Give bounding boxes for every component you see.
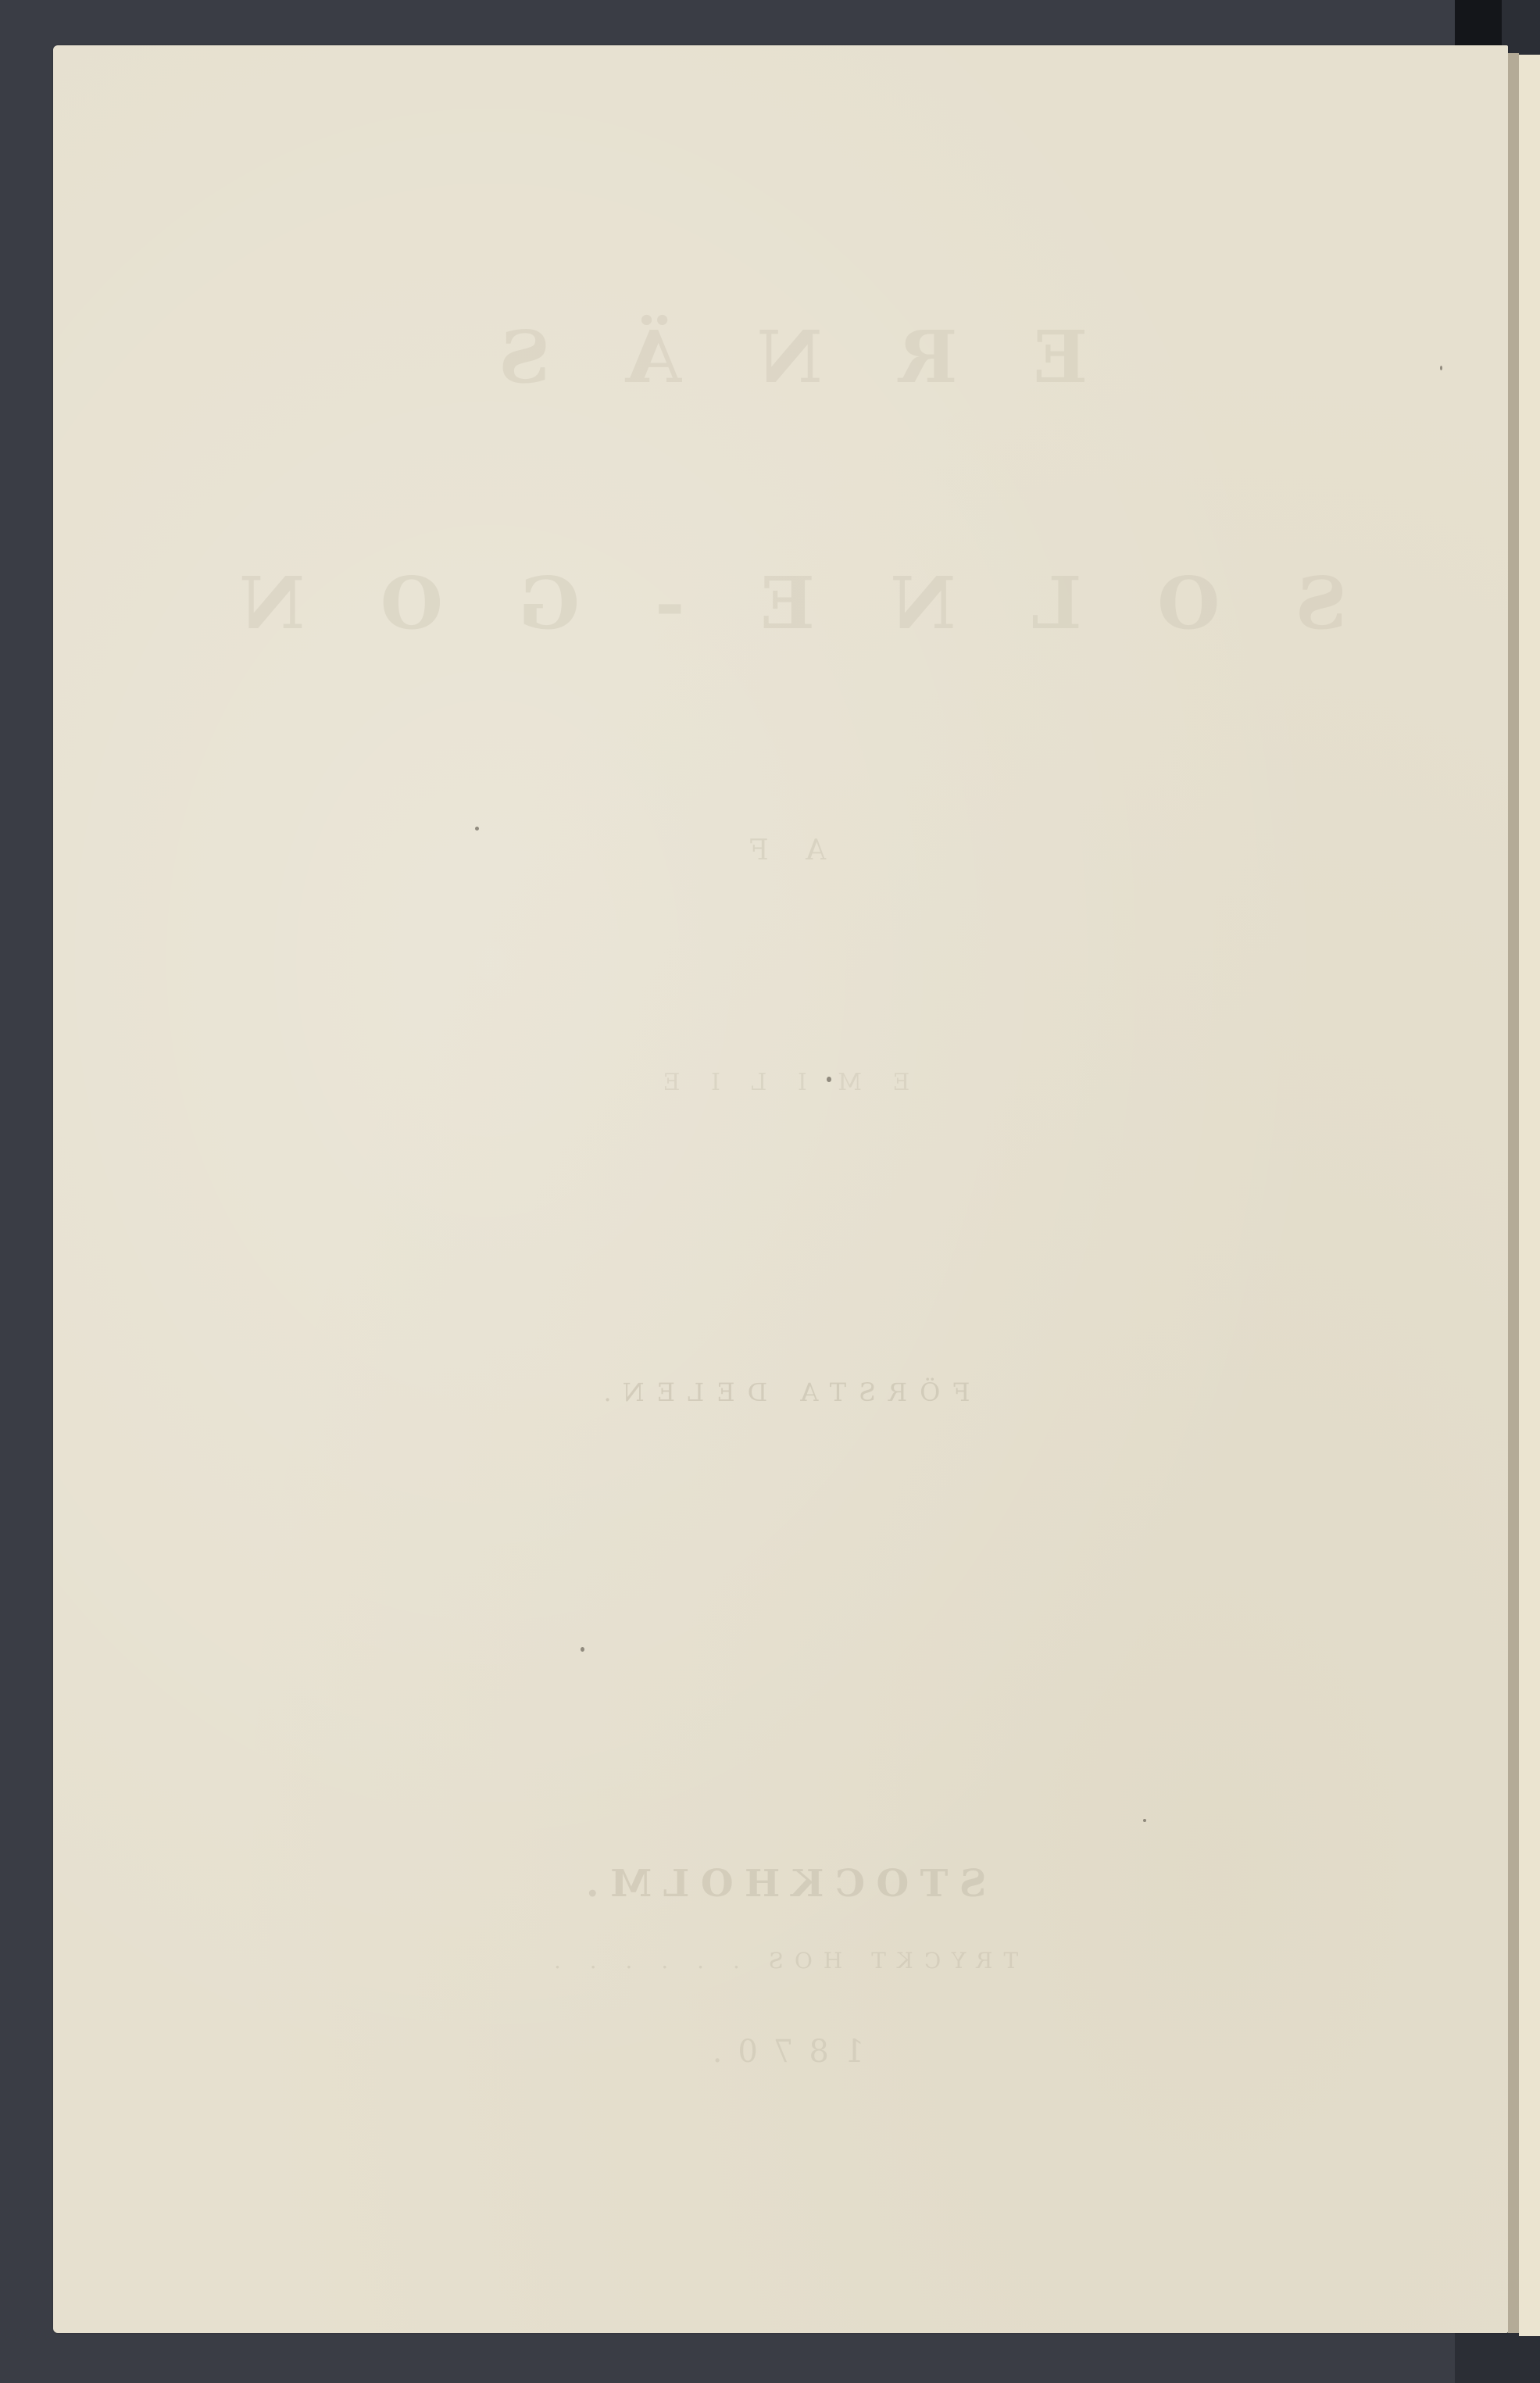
bleed-through-printer: TRYCKT HOS . . . . . .	[53, 1948, 1508, 1974]
bleed-through-city: STOCKHOLM.	[53, 1862, 1508, 1906]
bleed-through-author-prefix: A F	[53, 834, 1508, 866]
bleed-through-author: E M I L I E	[53, 1069, 1508, 1096]
paper-speck	[581, 1647, 584, 1652]
page-gutter	[1508, 53, 1519, 2333]
bleed-through-year: 1870.	[53, 2034, 1508, 2070]
book-page: E R N Ä S S O L N E - G O N A F E M I L …	[53, 45, 1508, 2333]
paper-speck	[827, 1077, 831, 1082]
bleed-through-title-line-2: S O L N E - G O N	[53, 561, 1508, 645]
bleed-through-part: FÖRSTA DELEN.	[53, 1377, 1508, 1407]
paper-speck	[1440, 366, 1442, 370]
bleed-through-title-line-1: E R N Ä S	[53, 315, 1508, 399]
paper-speck	[1143, 1819, 1146, 1822]
paper-speck	[475, 827, 479, 831]
adjacent-page-edge	[1519, 55, 1540, 2336]
